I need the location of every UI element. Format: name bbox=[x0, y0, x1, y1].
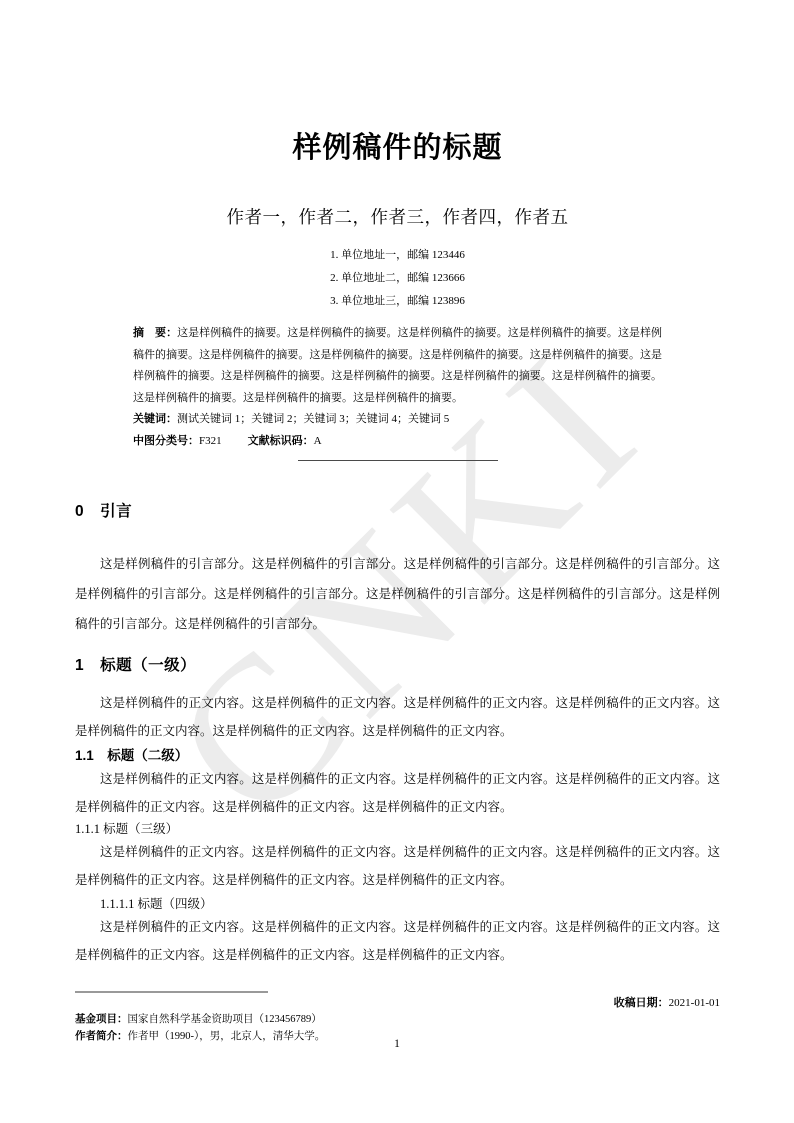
received-date-label: 收稿日期： bbox=[614, 997, 669, 1009]
section-heading-level2: 1.1 标题（二级） bbox=[75, 747, 720, 765]
section-paragraph: 这是样例稿件的正文内容。这是样例稿件的正文内容。这是样例稿件的正文内容。这是样例… bbox=[75, 689, 720, 745]
footnote-area: 收稿日期：2021-01-01 基金项目：国家自然科学基金资助项目（123456… bbox=[75, 991, 720, 1045]
document-page: CNKI 样例稿件的标题 作者一，作者二，作者三，作者四，作者五 1. 单位地址… bbox=[0, 0, 794, 1123]
section-heading-level3: 1.1.1 标题（三级） bbox=[75, 821, 720, 838]
keywords-text: 测试关键词 1；关键词 2；关键词 3；关键词 4；关键词 5 bbox=[177, 413, 449, 425]
affiliation-item: 2. 单位地址二，邮编 123666 bbox=[75, 267, 720, 290]
paper-title: 样例稿件的标题 bbox=[75, 130, 720, 166]
affiliations-list: 1. 单位地址一，邮编 123446 2. 单位地址二，邮编 123666 3.… bbox=[75, 244, 720, 313]
keywords-label: 关键词： bbox=[133, 413, 177, 425]
keywords-line: 关键词：测试关键词 1；关键词 2；关键词 3；关键词 4；关键词 5 bbox=[133, 409, 662, 431]
authors-line: 作者一，作者二，作者三，作者四，作者五 bbox=[75, 206, 720, 229]
page-content: 样例稿件的标题 作者一，作者二，作者三，作者四，作者五 1. 单位地址一，邮编 … bbox=[0, 130, 794, 969]
fund-project-label: 基金项目： bbox=[75, 1013, 128, 1025]
received-date-line: 收稿日期：2021-01-01 bbox=[75, 996, 720, 1011]
clc-label: 中图分类号： bbox=[133, 435, 199, 447]
classification-line: 中图分类号：F321文献标识码：A bbox=[133, 431, 662, 453]
section-paragraph: 这是样例稿件的正文内容。这是样例稿件的正文内容。这是样例稿件的正文内容。这是样例… bbox=[75, 838, 720, 894]
fund-project-value: 国家自然科学基金资助项目（123456789） bbox=[128, 1014, 322, 1025]
affiliation-item: 3. 单位地址三，邮编 123896 bbox=[75, 290, 720, 313]
affiliation-item: 1. 单位地址一，邮编 123446 bbox=[75, 244, 720, 267]
abstract-text: 这是样例稿件的摘要。这是样例稿件的摘要。这是样例稿件的摘要。这是样例稿件的摘要。… bbox=[133, 327, 662, 404]
abstract-paragraph: 摘 要：这是样例稿件的摘要。这是样例稿件的摘要。这是样例稿件的摘要。这是样例稿件… bbox=[133, 323, 662, 409]
section-heading-intro: 0 引言 bbox=[75, 501, 720, 523]
fund-project-line: 基金项目：国家自然科学基金资助项目（123456789） bbox=[75, 1011, 720, 1028]
abstract-divider bbox=[298, 460, 498, 461]
section-heading-level4: 1.1.1.1 标题（四级） bbox=[75, 896, 720, 913]
section-paragraph: 这是样例稿件的正文内容。这是样例稿件的正文内容。这是样例稿件的正文内容。这是样例… bbox=[75, 765, 720, 821]
abstract-label: 摘 要： bbox=[133, 327, 177, 339]
doc-code-value: A bbox=[314, 435, 322, 447]
footnote-rule bbox=[75, 991, 268, 993]
clc-value: F321 bbox=[199, 435, 222, 447]
section-paragraph: 这是样例稿件的正文内容。这是样例稿件的正文内容。这是样例稿件的正文内容。这是样例… bbox=[75, 913, 720, 969]
received-date-value: 2021-01-01 bbox=[669, 997, 720, 1009]
section-paragraph: 这是样例稿件的引言部分。这是样例稿件的引言部分。这是样例稿件的引言部分。这是样例… bbox=[75, 549, 720, 639]
page-number: 1 bbox=[0, 1038, 794, 1050]
section-heading-level1: 1 标题（一级） bbox=[75, 655, 720, 677]
abstract-block: 摘 要：这是样例稿件的摘要。这是样例稿件的摘要。这是样例稿件的摘要。这是样例稿件… bbox=[133, 323, 662, 452]
doc-code-label: 文献标识码： bbox=[248, 435, 314, 447]
